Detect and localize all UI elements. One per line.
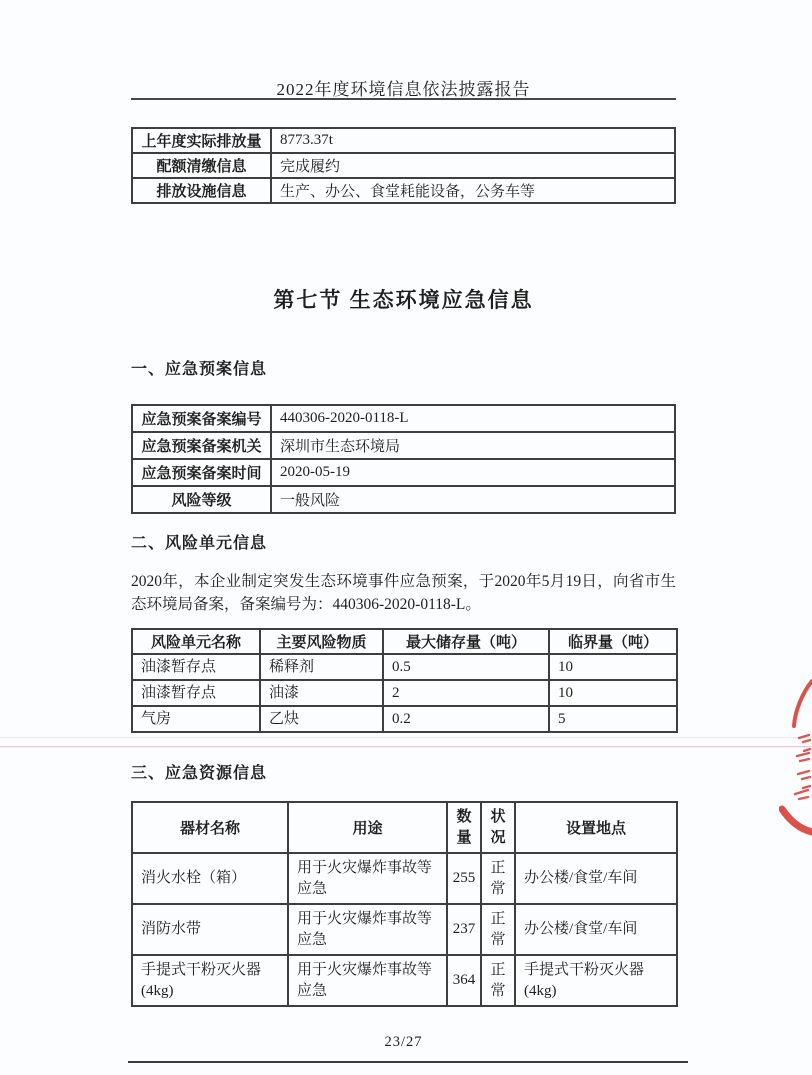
- table-row: 配额清缴信息 完成履约: [132, 153, 675, 178]
- table-cell: 0.2: [383, 706, 549, 732]
- header-rule: [131, 98, 676, 100]
- column-header: 数量: [447, 802, 481, 853]
- table-cell: 正常: [481, 853, 515, 904]
- table-row: 油漆暂存点 油漆 2 10: [132, 680, 677, 706]
- table-header-row: 风险单元名称 主要风险物质 最大储存量（吨） 临界量（吨）: [132, 629, 677, 654]
- table-cell: 237: [447, 904, 481, 955]
- column-header: 主要风险物质: [260, 629, 383, 654]
- table-cell: 364: [447, 955, 481, 1006]
- body-paragraph: 2020年，本企业制定突发生态环境事件应急预案，于2020年5月19日，向省市生…: [131, 570, 676, 616]
- table-row: 应急预案备案机关 深圳市生态环境局: [132, 432, 675, 459]
- column-header: 临界量（吨）: [549, 629, 677, 654]
- heading-emergency-resources: 三、应急资源信息: [131, 760, 676, 783]
- table-row: 消火水栓（箱） 用于火灾爆炸事故等应急 255 正常 办公楼/食堂/车间: [132, 853, 677, 904]
- column-header: 设置地点: [515, 802, 677, 853]
- row-value: 一般风险: [271, 486, 675, 513]
- column-header: 状况: [481, 802, 515, 853]
- row-label: 排放设施信息: [132, 178, 271, 203]
- heading-emergency-plan: 一、应急预案信息: [131, 356, 676, 379]
- scan-strip-join-line: [0, 737, 812, 738]
- table-row: 气房 乙炔 0.2 5: [132, 706, 677, 732]
- table-row: 排放设施信息 生产、办公、食堂耗能设备，公务车等: [132, 178, 675, 203]
- row-label: 上年度实际排放量: [132, 128, 271, 153]
- plan-table: 应急预案备案编号 440306-2020-0118-L 应急预案备案机关 深圳市…: [131, 404, 676, 514]
- table-cell: 255: [447, 853, 481, 904]
- table-cell: 办公楼/食堂/车间: [515, 853, 677, 904]
- table-cell: 2: [383, 680, 549, 706]
- table-cell: 消防水带: [132, 904, 288, 955]
- table-cell: 0.5: [383, 654, 549, 680]
- footer-rule: [128, 1061, 688, 1063]
- doc-header-title: 2022年度环境信息依法披露报告: [131, 75, 676, 100]
- row-label: 应急预案备案时间: [132, 459, 271, 486]
- section-title: 第七节 生态环境应急信息: [131, 284, 676, 314]
- column-header: 风险单元名称: [132, 629, 260, 654]
- row-label: 应急预案备案编号: [132, 405, 271, 432]
- table-cell: 稀释剂: [260, 654, 383, 680]
- table-cell: 用于火灾爆炸事故等应急: [288, 904, 447, 955]
- heading-risk-units: 二、风险单元信息: [131, 530, 676, 553]
- table-cell: 乙炔: [260, 706, 383, 732]
- column-header: 用途: [288, 802, 447, 853]
- page-number: 23/27: [131, 1034, 676, 1051]
- column-header: 器材名称: [132, 802, 288, 853]
- table-header-row: 器材名称 用途 数量 状况 设置地点: [132, 802, 677, 853]
- official-seal-fragment-icon: [779, 672, 812, 837]
- table-cell: 办公楼/食堂/车间: [515, 904, 677, 955]
- table-row: 上年度实际排放量 8773.37t: [132, 128, 675, 153]
- row-value: 2020-05-19: [271, 459, 675, 486]
- table-cell: 5: [549, 706, 677, 732]
- table-row: 应急预案备案时间 2020-05-19: [132, 459, 675, 486]
- column-header: 最大储存量（吨）: [383, 629, 549, 654]
- row-label: 配额清缴信息: [132, 153, 271, 178]
- row-label: 应急预案备案机关: [132, 432, 271, 459]
- table-row: 风险等级 一般风险: [132, 486, 675, 513]
- table-row: 消防水带 用于火灾爆炸事故等应急 237 正常 办公楼/食堂/车间: [132, 904, 677, 955]
- table-cell: 消火水栓（箱）: [132, 853, 288, 904]
- table-row: 应急预案备案编号 440306-2020-0118-L: [132, 405, 675, 432]
- table-cell: 正常: [481, 955, 515, 1006]
- table-cell: 用于火灾爆炸事故等应急: [288, 853, 447, 904]
- table-cell: 正常: [481, 904, 515, 955]
- table-cell: 10: [549, 654, 677, 680]
- row-value: 生产、办公、食堂耗能设备，公务车等: [271, 178, 675, 203]
- table-cell: 油漆暂存点: [132, 680, 260, 706]
- row-value: 深圳市生态环境局: [271, 432, 675, 459]
- risk-unit-table: 风险单元名称 主要风险物质 最大储存量（吨） 临界量（吨） 油漆暂存点 稀释剂 …: [131, 628, 678, 733]
- row-value: 440306-2020-0118-L: [271, 405, 675, 432]
- table-cell: 用于火灾爆炸事故等应急: [288, 955, 447, 1006]
- emissions-table: 上年度实际排放量 8773.37t 配额清缴信息 完成履约 排放设施信息 生产、…: [131, 127, 676, 204]
- table-cell: 手提式干粉灭火器(4kg): [515, 955, 677, 1006]
- table-row: 油漆暂存点 稀释剂 0.5 10: [132, 654, 677, 680]
- row-label: 风险等级: [132, 486, 271, 513]
- resource-table: 器材名称 用途 数量 状况 设置地点 消火水栓（箱） 用于火灾爆炸事故等应急 2…: [131, 801, 678, 1007]
- table-cell: 10: [549, 680, 677, 706]
- row-value: 完成履约: [271, 153, 675, 178]
- table-cell: 油漆暂存点: [132, 654, 260, 680]
- table-cell: 手提式干粉灭火器(4kg): [132, 955, 288, 1006]
- row-value: 8773.37t: [271, 128, 675, 153]
- table-row: 手提式干粉灭火器(4kg) 用于火灾爆炸事故等应急 364 正常 手提式干粉灭火…: [132, 955, 677, 1006]
- scan-artifact-pink-line: [0, 746, 812, 747]
- table-cell: 气房: [132, 706, 260, 732]
- table-cell: 油漆: [260, 680, 383, 706]
